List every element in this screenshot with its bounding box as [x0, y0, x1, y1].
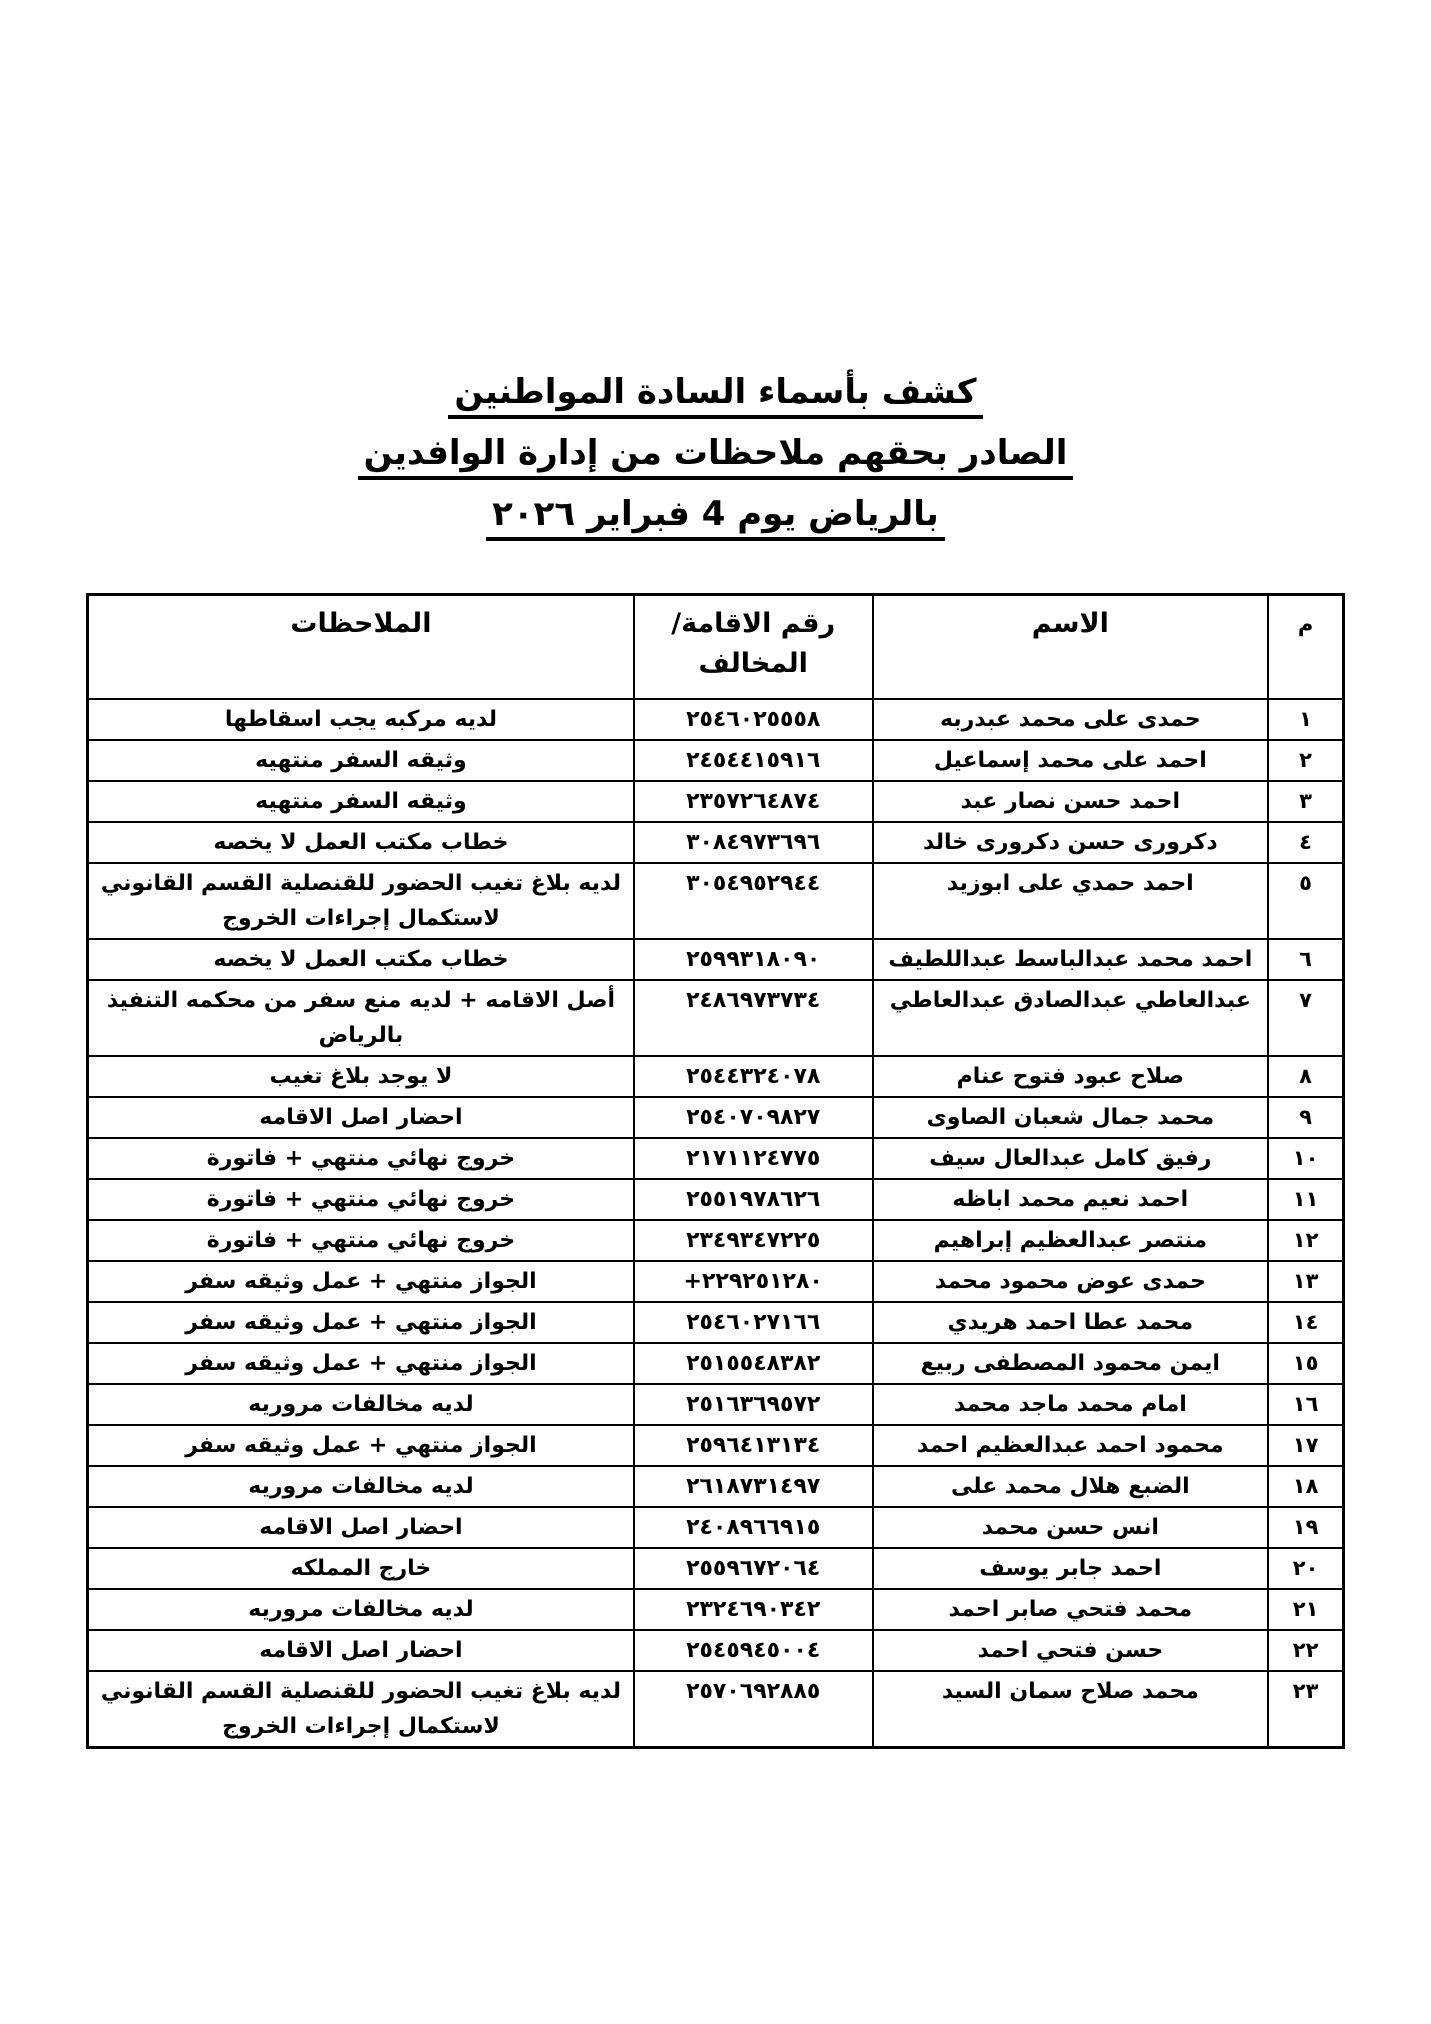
citizen-name-cell: دكرورى حسن دكرورى خالد [873, 822, 1269, 863]
citizen-name-cell: صلاح عبود فتوح عنام [873, 1056, 1269, 1097]
title-line-2: الصادر بحقهم ملاحظات من إدارة الوافدين [0, 433, 1431, 480]
citizen-name-cell: حمدى على محمد عبدربه [873, 699, 1269, 740]
table-row: ١٥ايمن محمود المصطفى ربيع٢٥١٥٥٤٨٣٨٢الجوا… [88, 1343, 1344, 1384]
header-residence-number: رقم الاقامة/ المخالف [634, 595, 873, 700]
table-header-row: م الاسم رقم الاقامة/ المخالف الملاحظات [88, 595, 1344, 700]
serial-number-cell: ١٦ [1268, 1384, 1343, 1425]
citizen-name-cell: منتصر عبدالعظيم إبراهيم [873, 1220, 1269, 1261]
residence-number-cell: ٢٥٤٦٠٢٥٥٥٨ [634, 699, 873, 740]
table-row: ١٣حمدى عوض محمود محمد+٢٢٩٢٥١٢٨٠الجواز من… [88, 1261, 1344, 1302]
residence-number-cell: ٢٣٢٤٦٩٠٣٤٢ [634, 1589, 873, 1630]
notes-cell: لديه مركبه يجب اسقاطها [88, 699, 634, 740]
citizen-name-cell: احمد جابر يوسف [873, 1548, 1269, 1589]
table-row: ٣احمد حسن نصار عبد٢٣٥٧٢٦٤٨٧٤وثيقه السفر … [88, 781, 1344, 822]
serial-number-cell: ١٣ [1268, 1261, 1343, 1302]
citizen-name-cell: احمد محمد عبدالباسط عبداللطيف [873, 939, 1269, 980]
notes-cell: خروج نهائي منتهي + فاتورة [88, 1138, 634, 1179]
citizen-name-cell: حمدى عوض محمود محمد [873, 1261, 1269, 1302]
serial-number-cell: ١٧ [1268, 1425, 1343, 1466]
residence-number-cell: ٢٥١٥٥٤٨٣٨٢ [634, 1343, 873, 1384]
serial-number-cell: ٢٢ [1268, 1630, 1343, 1671]
serial-number-cell: ٩ [1268, 1097, 1343, 1138]
notes-cell: لديه مخالفات مروريه [88, 1384, 634, 1425]
serial-number-cell: ٢٠ [1268, 1548, 1343, 1589]
citizen-name-cell: الضبع هلال محمد على [873, 1466, 1269, 1507]
residence-number-cell: ٢٥٤٠٧٠٩٨٢٧ [634, 1097, 873, 1138]
residence-number-cell: ٢٥٩٦٤١٣١٣٤ [634, 1425, 873, 1466]
serial-number-cell: ٢ [1268, 740, 1343, 781]
serial-number-cell: ٢١ [1268, 1589, 1343, 1630]
residence-number-cell: ٢٤٥٤٤١٥٩١٦ [634, 740, 873, 781]
residence-number-cell: ٢٥٥٩٦٧٢٠٦٤ [634, 1548, 873, 1589]
residence-number-cell: +٢٢٩٢٥١٢٨٠ [634, 1261, 873, 1302]
table-row: ١٧محمود احمد عبدالعظيم احمد٢٥٩٦٤١٣١٣٤الج… [88, 1425, 1344, 1466]
citizen-name-cell: انس حسن محمد [873, 1507, 1269, 1548]
serial-number-cell: ١٠ [1268, 1138, 1343, 1179]
serial-number-cell: ٤ [1268, 822, 1343, 863]
residence-number-cell: ٢٥٤٥٩٤٥٠٠٤ [634, 1630, 873, 1671]
table-row: ٤دكرورى حسن دكرورى خالد٣٠٨٤٩٧٣٦٩٦خطاب مك… [88, 822, 1344, 863]
table-row: ٨صلاح عبود فتوح عنام٢٥٤٤٣٢٤٠٧٨لا يوجد بل… [88, 1056, 1344, 1097]
residence-number-cell: ٢٥٧٠٦٩٢٨٨٥ [634, 1671, 873, 1748]
residence-number-cell: ٢٥٩٩٣١٨٠٩٠ [634, 939, 873, 980]
notes-cell: خارج المملكه [88, 1548, 634, 1589]
header-name: الاسم [873, 595, 1269, 700]
notes-cell: خروج نهائي منتهي + فاتورة [88, 1220, 634, 1261]
table-row: ٧عبدالعاطي عبدالصادق عبدالعاطي٢٤٨٦٩٧٣٧٣٤… [88, 980, 1344, 1056]
serial-number-cell: ١١ [1268, 1179, 1343, 1220]
header-residence-line-1: رقم الاقامة/ [641, 604, 866, 644]
serial-number-cell: ١٢ [1268, 1220, 1343, 1261]
table-row: ٦احمد محمد عبدالباسط عبداللطيف٢٥٩٩٣١٨٠٩٠… [88, 939, 1344, 980]
residence-number-cell: ٢٥١٦٣٦٩٥٧٢ [634, 1384, 873, 1425]
title-line-1: كشف بأسماء السادة المواطنين [0, 372, 1431, 419]
table-row: ١٨الضبع هلال محمد على٢٦١٨٧٣١٤٩٧لديه مخال… [88, 1466, 1344, 1507]
serial-number-cell: ١٩ [1268, 1507, 1343, 1548]
residence-number-cell: ٢٦١٨٧٣١٤٩٧ [634, 1466, 873, 1507]
table-row: ١٩انس حسن محمد٢٤٠٨٩٦٦٩١٥احضار اصل الاقام… [88, 1507, 1344, 1548]
title-line-3-text: بالرياض يوم 4 فبراير ٢٠٢٦ [486, 494, 945, 541]
citizen-name-cell: ايمن محمود المصطفى ربيع [873, 1343, 1269, 1384]
citizen-name-cell: محمد عطا احمد هريدي [873, 1302, 1269, 1343]
table-row: ١٢منتصر عبدالعظيم إبراهيم٢٣٤٩٣٤٧٢٢٥خروج … [88, 1220, 1344, 1261]
serial-number-cell: ١٥ [1268, 1343, 1343, 1384]
table-row: ١حمدى على محمد عبدربه٢٥٤٦٠٢٥٥٥٨لديه مركب… [88, 699, 1344, 740]
notes-cell: احضار اصل الاقامه [88, 1630, 634, 1671]
notes-cell: لديه بلاغ تغيب الحضور للقنصلية القسم الق… [88, 1671, 634, 1748]
notes-cell: لا يوجد بلاغ تغيب [88, 1056, 634, 1097]
table-row: ٢١محمد فتحي صابر احمد٢٣٢٤٦٩٠٣٤٢لديه مخال… [88, 1589, 1344, 1630]
residence-number-cell: ٢٣٥٧٢٦٤٨٧٤ [634, 781, 873, 822]
serial-number-cell: ٥ [1268, 863, 1343, 939]
table-row: ٥احمد حمدي على ابوزيد٣٠٥٤٩٥٢٩٤٤لديه بلاغ… [88, 863, 1344, 939]
notes-cell: خطاب مكتب العمل لا يخصه [88, 822, 634, 863]
notes-cell: لديه مخالفات مروريه [88, 1466, 634, 1507]
citizens-roster-table: م الاسم رقم الاقامة/ المخالف الملاحظات ١… [86, 593, 1345, 1749]
table-row: ١١احمد نعيم محمد اباظه٢٥٥١٩٧٨٦٢٦خروج نها… [88, 1179, 1344, 1220]
serial-number-cell: ١٤ [1268, 1302, 1343, 1343]
citizen-name-cell: محمد فتحي صابر احمد [873, 1589, 1269, 1630]
citizen-name-cell: محمد جمال شعبان الصاوى [873, 1097, 1269, 1138]
citizen-name-cell: محمود احمد عبدالعظيم احمد [873, 1425, 1269, 1466]
citizen-name-cell: احمد نعيم محمد اباظه [873, 1179, 1269, 1220]
serial-number-cell: ١٨ [1268, 1466, 1343, 1507]
notes-cell: احضار اصل الاقامه [88, 1097, 634, 1138]
notes-cell: خروج نهائي منتهي + فاتورة [88, 1179, 634, 1220]
residence-number-cell: ٢٥٤٦٠٢٧١٦٦ [634, 1302, 873, 1343]
title-line-1-text: كشف بأسماء السادة المواطنين [448, 372, 982, 419]
header-serial-number: م [1268, 595, 1343, 700]
header-residence-line-2: المخالف [641, 644, 866, 684]
residence-number-cell: ٢٥٤٤٣٢٤٠٧٨ [634, 1056, 873, 1097]
notes-cell: الجواز منتهي + عمل وثيقه سفر [88, 1343, 634, 1384]
residence-number-cell: ٢٣٤٩٣٤٧٢٢٥ [634, 1220, 873, 1261]
notes-cell: الجواز منتهي + عمل وثيقه سفر [88, 1261, 634, 1302]
header-notes: الملاحظات [88, 595, 634, 700]
table-row: ٢احمد على محمد إسماعيل٢٤٥٤٤١٥٩١٦وثيقه ال… [88, 740, 1344, 781]
citizen-name-cell: محمد صلاح سمان السيد [873, 1671, 1269, 1748]
serial-number-cell: ١ [1268, 699, 1343, 740]
table-row: ٢٣محمد صلاح سمان السيد٢٥٧٠٦٩٢٨٨٥لديه بلا… [88, 1671, 1344, 1748]
citizen-name-cell: احمد على محمد إسماعيل [873, 740, 1269, 781]
residence-number-cell: ٣٠٨٤٩٧٣٦٩٦ [634, 822, 873, 863]
document-page: كشف بأسماء السادة المواطنين الصادر بحقهم… [0, 0, 1431, 2024]
title-line-3: بالرياض يوم 4 فبراير ٢٠٢٦ [0, 494, 1431, 541]
citizen-name-cell: حسن فتحي احمد [873, 1630, 1269, 1671]
notes-cell: خطاب مكتب العمل لا يخصه [88, 939, 634, 980]
citizen-name-cell: امام محمد ماجد محمد [873, 1384, 1269, 1425]
residence-number-cell: ٣٠٥٤٩٥٢٩٤٤ [634, 863, 873, 939]
serial-number-cell: ٣ [1268, 781, 1343, 822]
notes-cell: وثيقه السفر منتهيه [88, 781, 634, 822]
notes-cell: لديه بلاغ تغيب الحضور للقنصلية القسم الق… [88, 863, 634, 939]
table-header: م الاسم رقم الاقامة/ المخالف الملاحظات [88, 595, 1344, 700]
notes-cell: لديه مخالفات مروريه [88, 1589, 634, 1630]
document-title: كشف بأسماء السادة المواطنين الصادر بحقهم… [0, 372, 1431, 555]
table-row: ١٤محمد عطا احمد هريدي٢٥٤٦٠٢٧١٦٦الجواز من… [88, 1302, 1344, 1343]
title-line-2-text: الصادر بحقهم ملاحظات من إدارة الوافدين [358, 433, 1074, 480]
table-row: ٢٠احمد جابر يوسف٢٥٥٩٦٧٢٠٦٤خارج المملكه [88, 1548, 1344, 1589]
table-row: ١٦امام محمد ماجد محمد٢٥١٦٣٦٩٥٧٢لديه مخال… [88, 1384, 1344, 1425]
notes-cell: الجواز منتهي + عمل وثيقه سفر [88, 1302, 634, 1343]
citizen-name-cell: احمد حمدي على ابوزيد [873, 863, 1269, 939]
table-row: ٩محمد جمال شعبان الصاوى٢٥٤٠٧٠٩٨٢٧احضار ا… [88, 1097, 1344, 1138]
notes-cell: الجواز منتهي + عمل وثيقه سفر [88, 1425, 634, 1466]
citizen-name-cell: رفيق كامل عبدالعال سيف [873, 1138, 1269, 1179]
notes-cell: احضار اصل الاقامه [88, 1507, 634, 1548]
residence-number-cell: ٢٤٨٦٩٧٣٧٣٤ [634, 980, 873, 1056]
table-row: ١٠رفيق كامل عبدالعال سيف٢١٧١١٢٤٧٧٥خروج ن… [88, 1138, 1344, 1179]
serial-number-cell: ٢٣ [1268, 1671, 1343, 1748]
table-body: ١حمدى على محمد عبدربه٢٥٤٦٠٢٥٥٥٨لديه مركب… [88, 699, 1344, 1748]
citizen-name-cell: احمد حسن نصار عبد [873, 781, 1269, 822]
citizen-name-cell: عبدالعاطي عبدالصادق عبدالعاطي [873, 980, 1269, 1056]
notes-cell: أصل الاقامه + لديه منع سفر من محكمه التن… [88, 980, 634, 1056]
serial-number-cell: ٦ [1268, 939, 1343, 980]
serial-number-cell: ٧ [1268, 980, 1343, 1056]
residence-number-cell: ٢٥٥١٩٧٨٦٢٦ [634, 1179, 873, 1220]
table-row: ٢٢حسن فتحي احمد٢٥٤٥٩٤٥٠٠٤احضار اصل الاقا… [88, 1630, 1344, 1671]
residence-number-cell: ٢٤٠٨٩٦٦٩١٥ [634, 1507, 873, 1548]
notes-cell: وثيقه السفر منتهيه [88, 740, 634, 781]
serial-number-cell: ٨ [1268, 1056, 1343, 1097]
residence-number-cell: ٢١٧١١٢٤٧٧٥ [634, 1138, 873, 1179]
